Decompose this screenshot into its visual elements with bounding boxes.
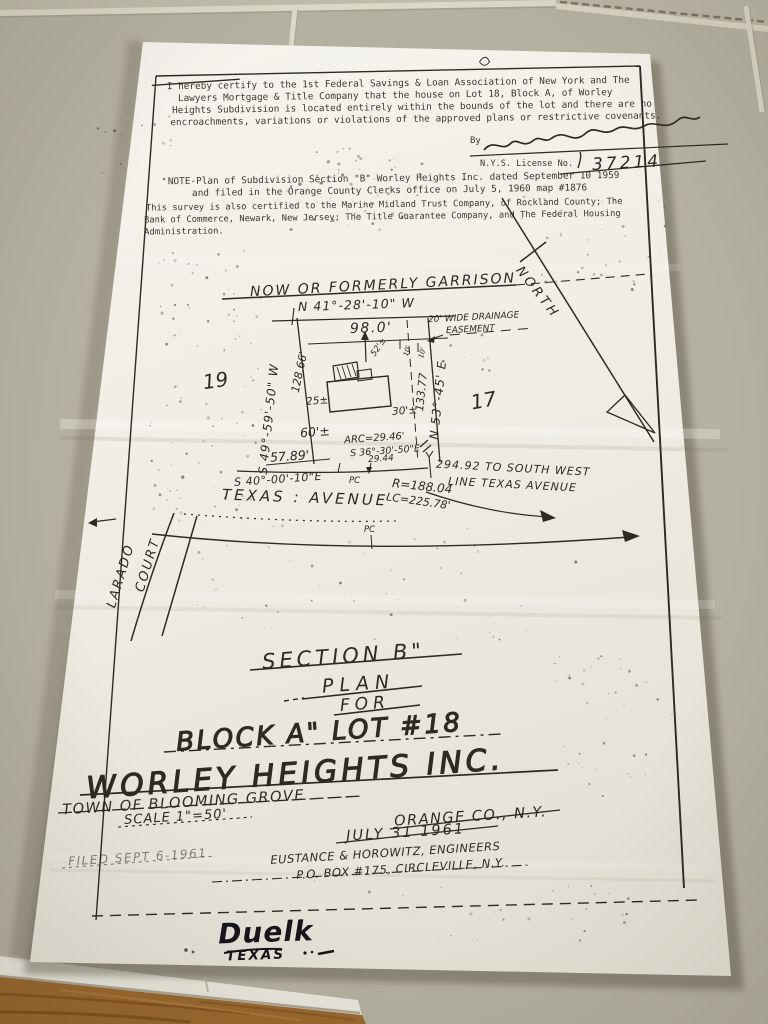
photo-vignette [0, 0, 768, 1024]
photo-of-survey-document: I hereby certify to the 1st Federal Savi… [0, 0, 768, 1024]
